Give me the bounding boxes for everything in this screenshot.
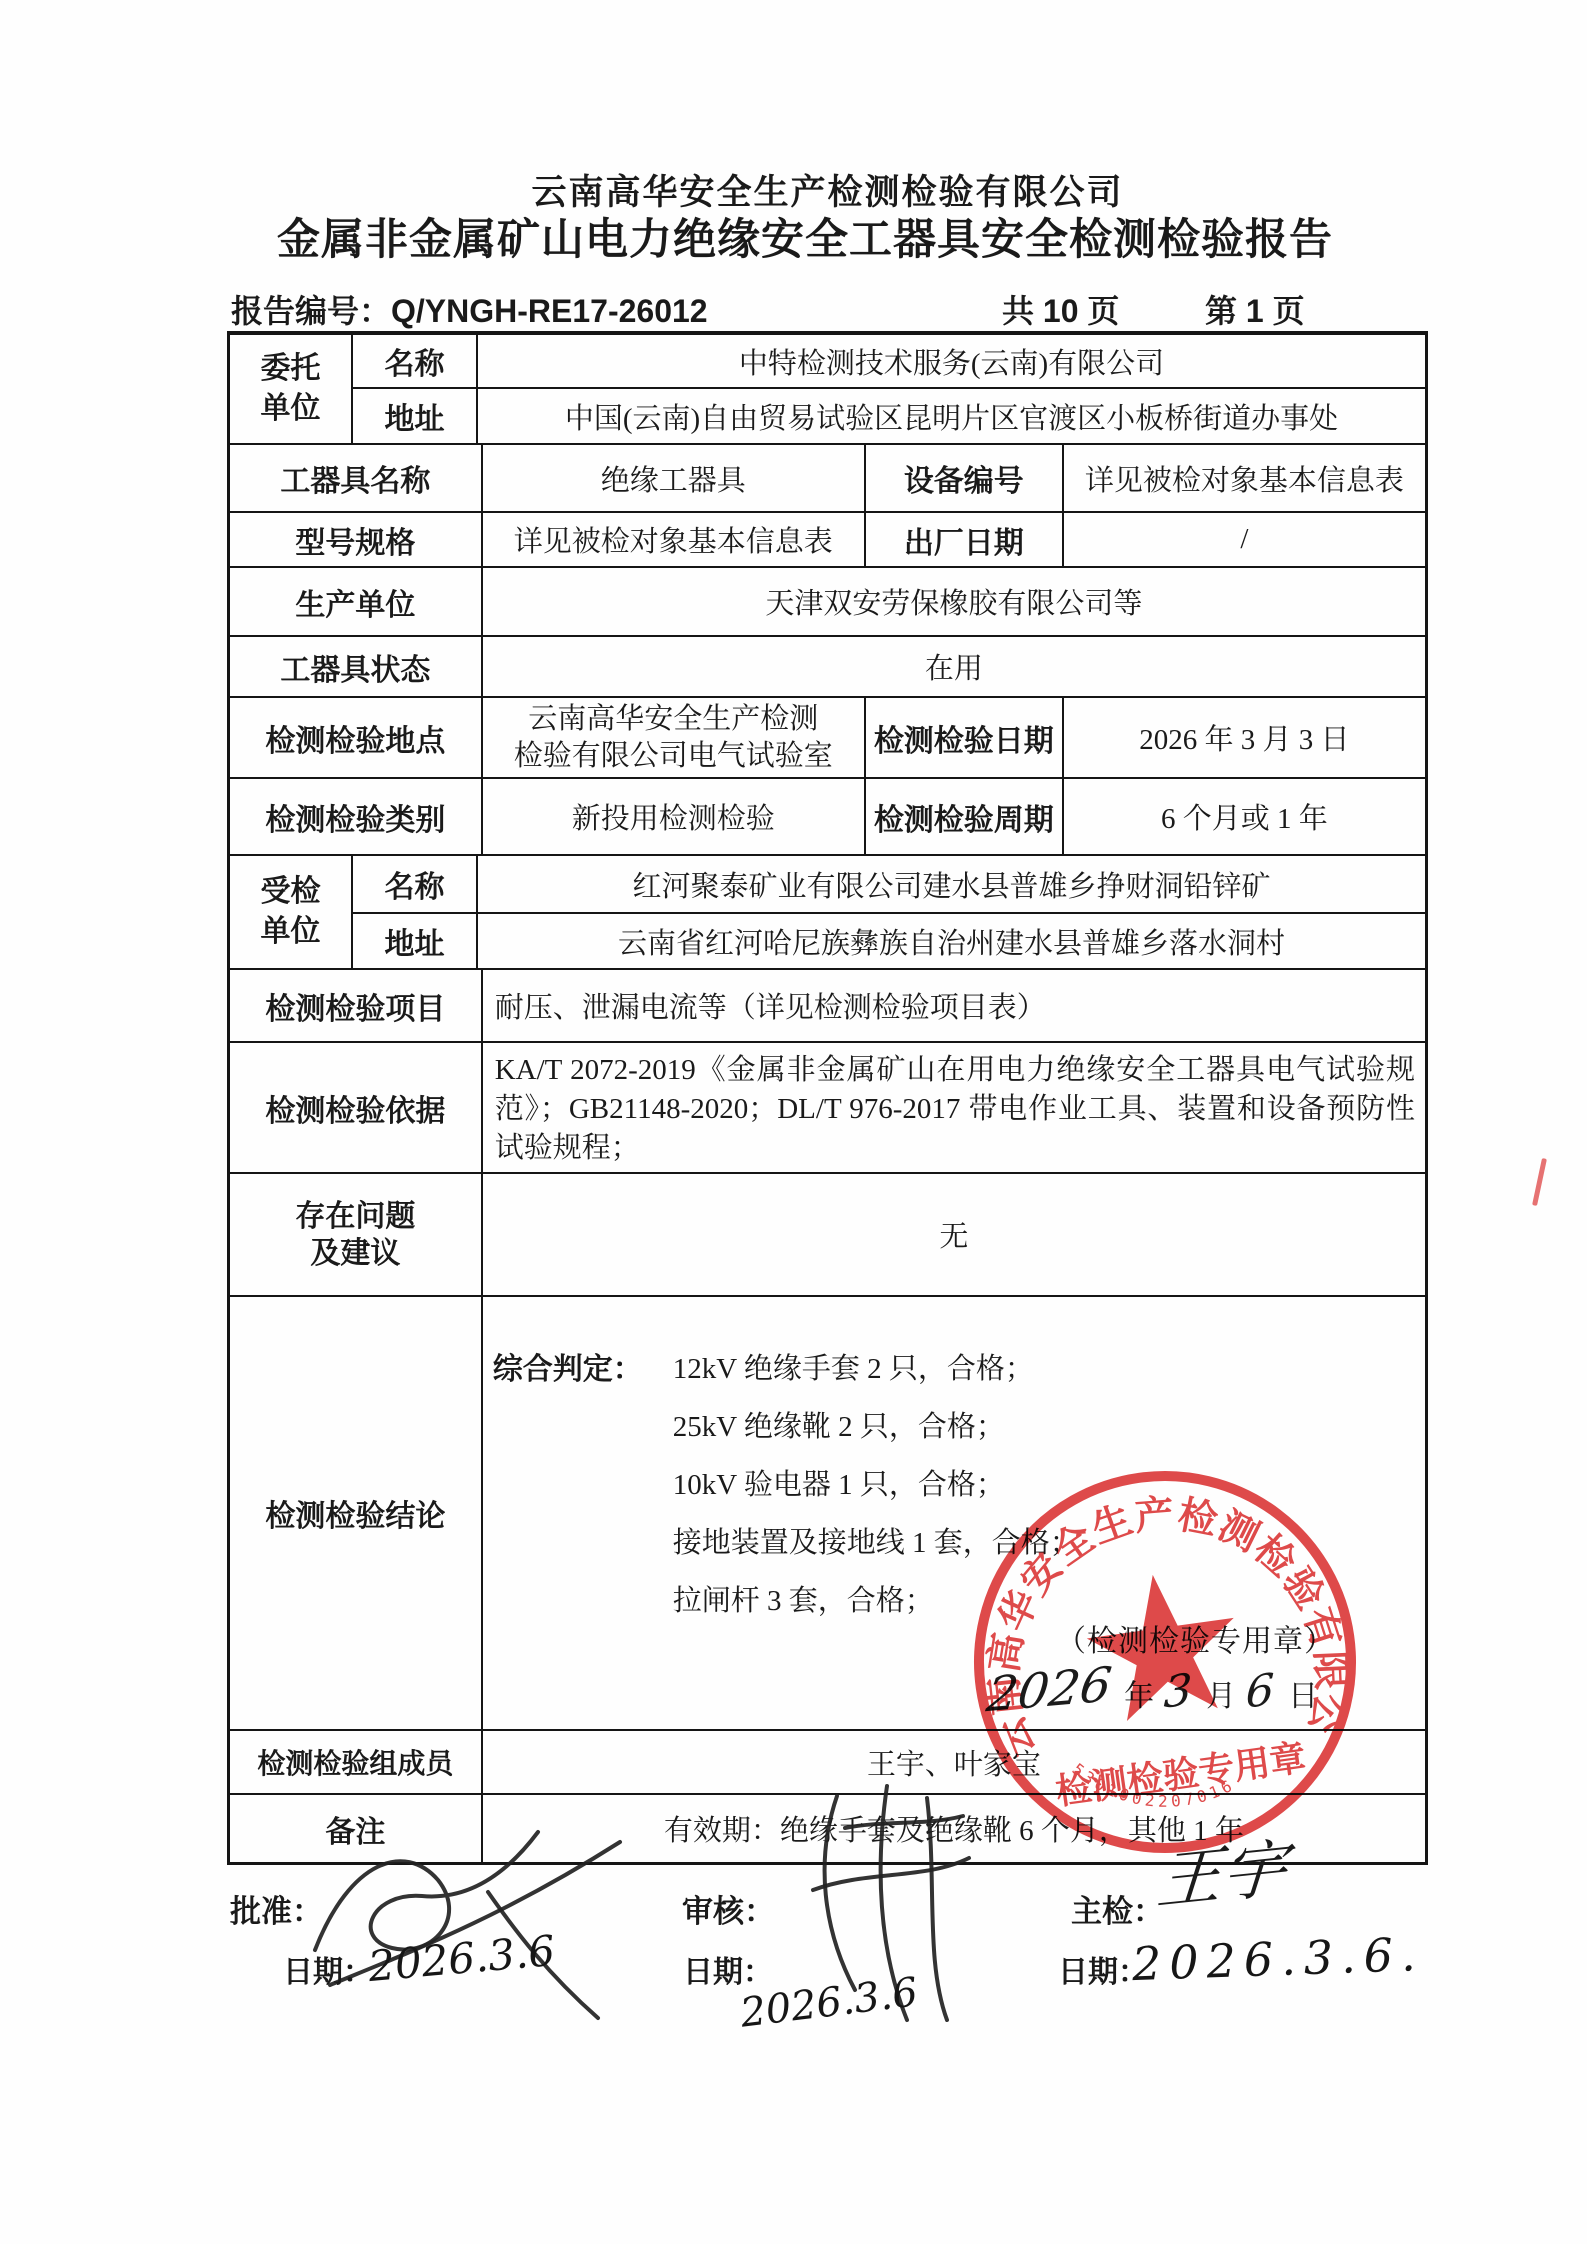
table-row-items: 检测检验项目 耐压、泄漏电流等（详见检测检验项目表） [230, 970, 1425, 1043]
table-row-location: 检测检验地点 云南高华安全生产检测检验有限公司电气试验室 检测检验日期 2026… [230, 698, 1425, 779]
review-label: 审核： [682, 1886, 775, 1931]
inspected-name-label: 名称 [353, 856, 478, 912]
table-row-model: 型号规格 详见被检对象基本信息表 出厂日期 / [230, 513, 1425, 568]
model-label: 型号规格 [230, 513, 483, 566]
tool-status-value: 在用 [483, 637, 1425, 696]
table-row-tool-status: 工器具状态 在用 [230, 637, 1425, 698]
issues-label: 存在问题及建议 [230, 1174, 483, 1295]
approve-signature [290, 1800, 650, 2040]
test-date-label: 检测检验日期 [866, 698, 1064, 777]
inspected-name-value: 红河聚泰矿业有限公司建水县普雄乡挣财洞铅锌矿 [478, 856, 1425, 912]
cycle-value: 6 个月或 1 年 [1064, 779, 1425, 854]
cycle-label: 检测检验周期 [866, 779, 1064, 854]
team-label: 检测检验组成员 [230, 1731, 483, 1793]
report-number-label: 报告编号： [231, 293, 391, 329]
basis-value: KA/T 2072-2019《金属非金属矿山在用电力绝缘安全工器具电气试验规范》… [483, 1043, 1425, 1172]
total-pages: 共 10 页 [1002, 286, 1119, 332]
items-value: 耐压、泄漏电流等（详见检测检验项目表） [483, 970, 1425, 1041]
inspected-addr-row: 地址 云南省红河哈尼族彝族自治州建水县普雄乡落水洞村 [353, 914, 1425, 968]
conclusion-label: 检测检验结论 [230, 1297, 483, 1729]
current-page: 第 1 页 [1205, 286, 1305, 332]
location-label: 检测检验地点 [230, 698, 483, 777]
conclusion-item: 12kV 绝缘手套 2 只，合格； [673, 1346, 1034, 1387]
entrust-name-row: 名称 中特检测技术服务(云南)有限公司 [353, 335, 1425, 389]
inspected-group-label: 受检单位 [230, 856, 353, 968]
entrust-addr-label: 地址 [353, 389, 478, 443]
factory-date-label: 出厂日期 [866, 513, 1064, 566]
report-number-value: Q/YNGH-RE17-26012 [391, 293, 708, 329]
tool-name-value: 绝缘工器具 [483, 445, 866, 511]
entrust-subrows: 名称 中特检测技术服务(云南)有限公司 地址 中国(云南)自由贸易试验区昆明片区… [353, 335, 1425, 443]
test-date-value: 2026 年 3 月 3 日 [1064, 698, 1425, 777]
tool-name-label: 工器具名称 [230, 445, 483, 511]
device-no-value: 详见被检对象基本信息表 [1064, 445, 1425, 511]
items-label: 检测检验项目 [230, 970, 483, 1041]
chief-signature: 王宇 [1154, 1818, 1290, 1923]
basis-label: 检测检验依据 [230, 1043, 483, 1172]
review-date-label: 日期： [683, 1947, 773, 1991]
entrust-addr-value: 中国(云南)自由贸易试验区昆明片区官渡区小板桥街道办事处 [478, 389, 1425, 443]
entrust-name-label: 名称 [353, 335, 478, 387]
manufacturer-label: 生产单位 [230, 568, 483, 635]
table-row-entrust: 委托单位 名称 中特检测技术服务(云南)有限公司 地址 中国(云南)自由贸易试验… [230, 335, 1425, 445]
issues-value: 无 [483, 1174, 1425, 1295]
inspected-addr-value: 云南省红河哈尼族彝族自治州建水县普雄乡落水洞村 [478, 914, 1425, 968]
inspected-name-row: 名称 红河聚泰矿业有限公司建水县普雄乡挣财洞铅锌矿 [353, 856, 1425, 914]
category-label: 检测检验类别 [230, 779, 483, 854]
approve-date-label: 日期： [283, 1947, 373, 1991]
factory-date-value: / [1064, 513, 1425, 566]
category-value: 新投用检测检验 [483, 779, 866, 854]
location-value: 云南高华安全生产检测检验有限公司电气试验室 [483, 698, 866, 777]
judge-label: 综合判定： [493, 1344, 673, 1388]
table-row-tool-name: 工器具名称 绝缘工器具 设备编号 详见被检对象基本信息表 [230, 445, 1425, 513]
model-value: 详见被检对象基本信息表 [483, 513, 866, 566]
report-page: 云南高华安全生产检测检验有限公司 金属非金属矿山电力绝缘安全工器具安全检测检验报… [0, 0, 1587, 2244]
entrust-group-label: 委托单位 [230, 335, 353, 443]
chief-label: 主检： [1071, 1886, 1164, 1931]
entrust-addr-row: 地址 中国(云南)自由贸易试验区昆明片区官渡区小板桥街道办事处 [353, 389, 1425, 443]
table-row-issues: 存在问题及建议 无 [230, 1174, 1425, 1297]
seal-star-icon [1079, 1565, 1246, 1725]
inspected-subrows: 名称 红河聚泰矿业有限公司建水县普雄乡挣财洞铅锌矿 地址 云南省红河哈尼族彝族自… [353, 856, 1425, 968]
table-row-basis: 检测检验依据 KA/T 2072-2019《金属非金属矿山在用电力绝缘安全工器具… [230, 1043, 1425, 1174]
red-margin-mark [1532, 1158, 1547, 1206]
chief-date-value: 2026.3.6. [1131, 1927, 1424, 1991]
manufacturer-value: 天津双安劳保橡胶有限公司等 [483, 568, 1425, 635]
inspected-addr-label: 地址 [353, 914, 478, 968]
device-no-label: 设备编号 [866, 445, 1064, 511]
tool-status-label: 工器具状态 [230, 637, 483, 696]
table-row-category: 检测检验类别 新投用检测检验 检测检验周期 6 个月或 1 年 [230, 779, 1425, 856]
table-row-inspected: 受检单位 名称 红河聚泰矿业有限公司建水县普雄乡挣财洞铅锌矿 地址 云南省红河哈… [230, 856, 1425, 970]
report-title: 金属非金属矿山电力绝缘安全工器具安全检测检验报告 [160, 206, 1450, 267]
entrust-name-value: 中特检测技术服务(云南)有限公司 [478, 335, 1425, 387]
report-number: 报告编号：Q/YNGH-RE17-26012 [231, 286, 708, 332]
table-row-manufacturer: 生产单位 天津双安劳保橡胶有限公司等 [230, 568, 1425, 637]
